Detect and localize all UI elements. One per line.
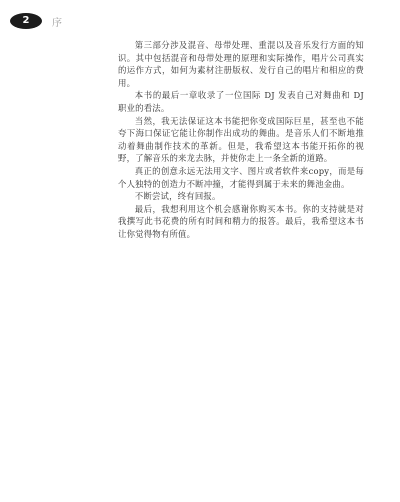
page-number: 2	[23, 13, 30, 29]
paragraph-disclaimer: 当然，我无法保证这本书能把你变成国际巨星，甚至也不能夸下海口保证它能让你制作出成…	[118, 115, 364, 165]
paragraph-keep-trying: 不断尝试，终有回报。	[118, 190, 364, 203]
paragraph-thanks: 最后，我想利用这个机会感谢你购买本书。你的支持就是对我撰写此书花费的所有时间和精…	[118, 203, 364, 241]
paragraph-part-three: 第三部分涉及混音、母带处理、重混以及音乐发行方面的知识。其中包括混音和母带处理的…	[118, 39, 364, 89]
chapter-title: 序	[52, 14, 62, 29]
page-header: 2 序	[10, 12, 62, 30]
paragraph-last-chapter: 本书的最后一章收录了一位国际 DJ 发表自己对舞曲和 DJ 职业的看法。	[118, 89, 364, 114]
paragraph-creativity: 真正的创意永远无法用文字、图片或者软件来copy，而是每个人独特的创造力不断冲撞…	[118, 165, 364, 190]
body-text: 第三部分涉及混音、母带处理、重混以及音乐发行方面的知识。其中包括混音和母带处理的…	[118, 39, 364, 241]
page-number-badge: 2	[10, 13, 42, 29]
